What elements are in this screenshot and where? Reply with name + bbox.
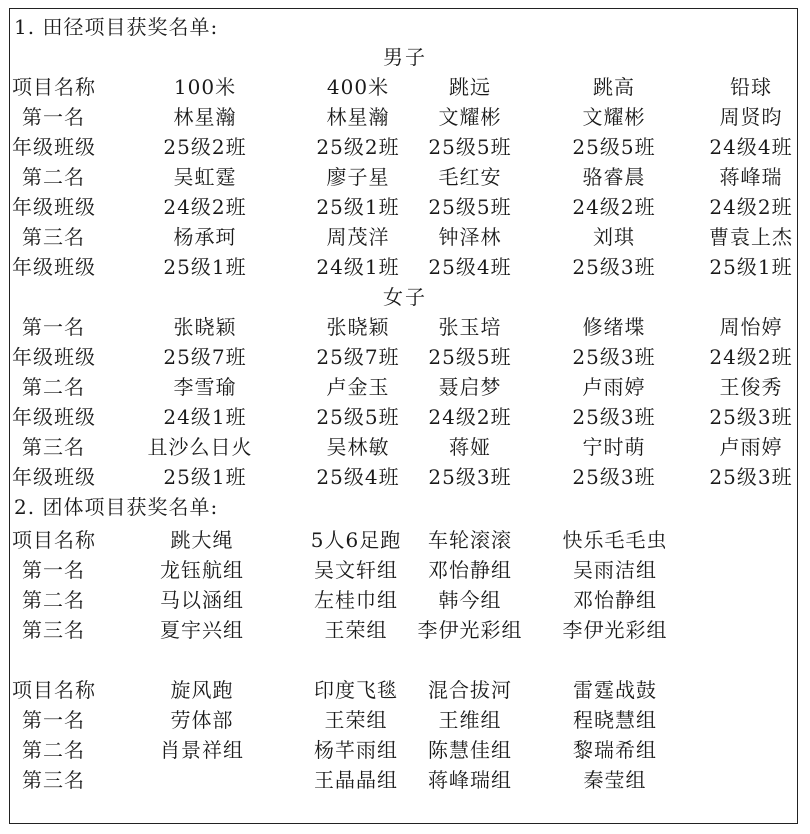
section1-title: 1. 田径项目获奖名单:: [14, 12, 218, 42]
cell: 25级1班: [709, 252, 792, 282]
table-row: 年级班级 25级1班 25级4班 25级3班 25级3班 25级3班: [0, 462, 810, 492]
cell: 王荣组: [325, 705, 388, 735]
row-label: 第二名: [22, 585, 118, 615]
table-row: 年级班级 25级2班 25级2班 25级5班 25级5班 24级4班: [0, 132, 810, 162]
cell: 25级4班: [316, 462, 399, 492]
row-label: 第二名: [22, 372, 118, 402]
cell: 蒋娅: [449, 432, 491, 462]
row-label: 第三名: [22, 615, 118, 645]
row-label: 第一名: [22, 555, 118, 585]
table-row: 第一名 劳体部 王荣组 王维组 程晓慧组: [0, 705, 810, 735]
event-name: 旋风跑: [171, 675, 234, 705]
cell: 文耀彬: [439, 102, 502, 132]
cell: 24级1班: [163, 402, 246, 432]
cell: 25级3班: [709, 402, 792, 432]
cell: 毛红安: [439, 162, 502, 192]
row-label: 项目名称: [12, 675, 108, 705]
row-label: 年级班级: [12, 342, 108, 372]
row-label: 项目名称: [12, 72, 108, 102]
cell: 25级1班: [163, 462, 246, 492]
cell: 黎瑞希组: [573, 735, 657, 765]
section2-title: 2. 团体项目获奖名单:: [14, 492, 218, 522]
row-label: 第一名: [22, 102, 118, 132]
cell: 吴虹霆: [174, 162, 237, 192]
cell: 25级7班: [316, 342, 399, 372]
cell: 夏宇兴组: [160, 615, 244, 645]
table-row: 第二名 李雪瑜 卢金玉 聂启梦 卢雨婷 王俊秀: [0, 372, 810, 402]
table-row: 第一名 龙钰航组 吴文轩组 邓怡静组 吴雨洁组: [0, 555, 810, 585]
row-label: 年级班级: [12, 192, 108, 222]
cell: 25级3班: [572, 462, 655, 492]
cell: 宁时萌: [583, 432, 646, 462]
cell: 邓怡静组: [428, 555, 512, 585]
cell: 24级2班: [163, 192, 246, 222]
table-row: 年级班级 24级2班 25级1班 25级5班 24级2班 24级2班: [0, 192, 810, 222]
cell: 张晓颖: [174, 312, 237, 342]
table-row: 第二名 吴虹霆 廖子星 毛红安 骆睿晨 蒋峰瑞: [0, 162, 810, 192]
cell: 25级4班: [428, 252, 511, 282]
cell: 刘琪: [593, 222, 635, 252]
male-header: 男子: [0, 42, 810, 72]
event-name: 400米: [327, 72, 389, 102]
cell: 廖子星: [327, 162, 390, 192]
event-name: 5人6足跑: [311, 525, 401, 555]
cell: 肖景祥组: [160, 735, 244, 765]
row-label: 第一名: [22, 312, 118, 342]
cell: 25级3班: [572, 252, 655, 282]
cell: 龙钰航组: [160, 555, 244, 585]
cell: 25级7班: [163, 342, 246, 372]
cell: 张玉培: [439, 312, 502, 342]
row-label: 年级班级: [12, 132, 108, 162]
row-label: 第三名: [22, 765, 118, 795]
event-name: 跳大绳: [171, 525, 234, 555]
event-name: 100米: [174, 72, 236, 102]
event-name: 跳远: [449, 72, 491, 102]
cell: 吴雨洁组: [573, 555, 657, 585]
table-row: 第三名 且沙么日火 吴林敏 蒋娅 宁时萌 卢雨婷: [0, 432, 810, 462]
cell: 文耀彬: [583, 102, 646, 132]
cell: 邓怡静组: [573, 585, 657, 615]
cell: 王维组: [439, 705, 502, 735]
row-label: 第三名: [22, 222, 118, 252]
cell: 25级1班: [316, 192, 399, 222]
table-row: 年级班级 24级1班 25级5班 24级2班 25级3班 25级3班: [0, 402, 810, 432]
table-row: 年级班级 25级7班 25级7班 25级5班 25级3班 24级2班: [0, 342, 810, 372]
cell: 24级2班: [709, 342, 792, 372]
cell: 周茂洋: [327, 222, 390, 252]
cell: 李伊光彩组: [418, 615, 523, 645]
cell: 陈慧佳组: [428, 735, 512, 765]
team-event-header-row: 项目名称 旋风跑 印度飞毯 混合拔河 雷霆战鼓: [0, 675, 810, 705]
cell: 杨承珂: [174, 222, 237, 252]
cell: 25级5班: [572, 132, 655, 162]
cell: 25级2班: [316, 132, 399, 162]
cell: 程晓慧组: [573, 705, 657, 735]
cell: 24级2班: [428, 402, 511, 432]
cell: 林星瀚: [174, 102, 237, 132]
row-label: 年级班级: [12, 402, 108, 432]
table-row: 第一名 张晓颖 张晓颖 张玉培 修绪堞 周怡婷: [0, 312, 810, 342]
table-row: 第三名 王晶晶组 蒋峰瑞组 秦莹组: [0, 765, 810, 795]
row-label: 第一名: [22, 705, 118, 735]
cell: 蒋峰瑞: [720, 162, 783, 192]
cell: 周怡婷: [720, 312, 783, 342]
cell: 24级1班: [316, 252, 399, 282]
cell: 25级3班: [428, 462, 511, 492]
cell: 卢雨婷: [720, 432, 783, 462]
team-event-header-row: 项目名称 跳大绳 5人6足跑 车轮滚滚 快乐毛毛虫: [0, 525, 810, 555]
event-name: 印度飞毯: [314, 675, 398, 705]
row-label: 第二名: [22, 162, 118, 192]
cell: 左桂巾组: [314, 585, 398, 615]
cell: 马以涵组: [160, 585, 244, 615]
table-row: 第三名 杨承珂 周茂洋 钟泽林 刘琪 曹袁上杰: [0, 222, 810, 252]
cell: 秦莹组: [584, 765, 647, 795]
cell: 张晓颖: [327, 312, 390, 342]
cell: 24级2班: [572, 192, 655, 222]
cell: 25级3班: [709, 462, 792, 492]
cell: 李伊光彩组: [563, 615, 668, 645]
cell: 25级5班: [428, 342, 511, 372]
row-label: 年级班级: [12, 462, 108, 492]
cell: 25级5班: [428, 192, 511, 222]
event-name: 铅球: [730, 72, 772, 102]
event-name: 车轮滚滚: [428, 525, 512, 555]
cell: 林星瀚: [327, 102, 390, 132]
cell: 韩今组: [439, 585, 502, 615]
cell: 王晶晶组: [314, 765, 398, 795]
cell: 骆睿晨: [583, 162, 646, 192]
table-row: 第二名 肖景祥组 杨芊雨组 陈慧佳组 黎瑞希组: [0, 735, 810, 765]
cell: 修绪堞: [583, 312, 646, 342]
cell: 杨芊雨组: [314, 735, 398, 765]
row-label: 第二名: [22, 735, 118, 765]
cell: 卢雨婷: [583, 372, 646, 402]
cell: 李雪瑜: [174, 372, 237, 402]
cell: 且沙么日火: [148, 432, 253, 462]
row-label: 项目名称: [12, 525, 108, 555]
cell: 劳体部: [171, 705, 234, 735]
cell: 王荣组: [325, 615, 388, 645]
event-name: 跳高: [593, 72, 635, 102]
cell: 聂启梦: [439, 372, 502, 402]
cell: 25级1班: [163, 252, 246, 282]
table-row: 第三名 夏宇兴组 王荣组 李伊光彩组 李伊光彩组: [0, 615, 810, 645]
cell: 蒋峰瑞组: [428, 765, 512, 795]
cell: 25级2班: [163, 132, 246, 162]
cell: 曹袁上杰: [709, 222, 793, 252]
cell: 25级3班: [572, 342, 655, 372]
cell: 25级3班: [572, 402, 655, 432]
table-row: 第二名 马以涵组 左桂巾组 韩今组 邓怡静组: [0, 585, 810, 615]
cell: 24级4班: [709, 132, 792, 162]
female-header: 女子: [0, 282, 810, 312]
cell: 25级5班: [316, 402, 399, 432]
row-label: 第三名: [22, 432, 118, 462]
event-name: 快乐毛毛虫: [563, 525, 668, 555]
table-row: 年级班级 25级1班 24级1班 25级4班 25级3班 25级1班: [0, 252, 810, 282]
male-event-header-row: 项目名称 100米 400米 跳远 跳高 铅球: [0, 72, 810, 102]
cell: 钟泽林: [439, 222, 502, 252]
cell: 25级5班: [428, 132, 511, 162]
cell: 吴文轩组: [314, 555, 398, 585]
cell: 吴林敏: [327, 432, 390, 462]
cell: 周贤昀: [720, 102, 783, 132]
cell: 卢金玉: [327, 372, 390, 402]
row-label: 年级班级: [12, 252, 108, 282]
table-row: 第一名 林星瀚 林星瀚 文耀彬 文耀彬 周贤昀: [0, 102, 810, 132]
event-name: 雷霆战鼓: [573, 675, 657, 705]
cell: 24级2班: [709, 192, 792, 222]
cell: 王俊秀: [720, 372, 783, 402]
event-name: 混合拔河: [428, 675, 512, 705]
